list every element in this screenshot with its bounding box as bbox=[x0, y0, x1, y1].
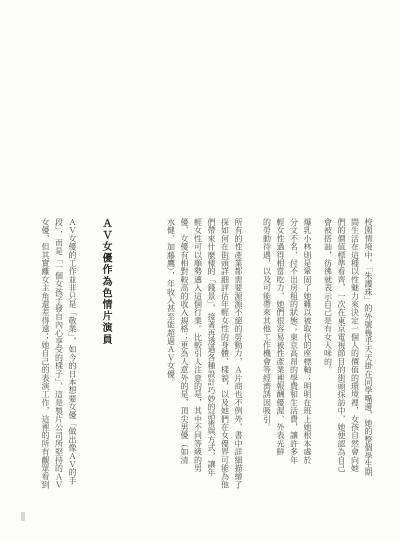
page-number-mark bbox=[21, 512, 25, 521]
text-column: 間生活在這種以性魅力來決定一個人的價值的環境裡，女孩自然會向她 bbox=[348, 218, 362, 494]
text-column: 們帶來什麼樣的「錢景」，接著再透過各種設計巧妙的話術與方式，讓年 bbox=[205, 218, 219, 494]
text-column: 分文不名、付不出房租的狀態；東京高昂的學費和生活費，讓許多年 bbox=[287, 218, 301, 494]
vertical-text-block: 校園情境中，「朱護珠」的外號幾乎天天掛在同學嘴邊，她的整個學生期 間生活在這種以… bbox=[39, 218, 376, 494]
text-column: 段」，而是「一個女孩子發自內心享受的樣子」，這是製片公司所堅持的ＡＶ bbox=[52, 218, 66, 494]
text-column: 們的價值標準看齊，一次在東京電視節目的街頭採訪中，她便認為自己 bbox=[335, 218, 349, 494]
text-column: 爆乳小林則是鞏固了她難以被取代的座標軸；明明在班上她根本處於 bbox=[301, 218, 315, 494]
text-column: 女優，但其實離女主角還差得遠；她自己的表演工作，這裡的所有觀眾看到的 bbox=[39, 218, 53, 494]
text-column: 的勞動待遇，以及可能帶來其他工作機會等經濟誘因吸引。 bbox=[260, 218, 274, 494]
text-column: 所有的性產業都需要源源不絕的勞動力，Ａ片商也不例外，書中詳細描繪了星 bbox=[232, 218, 246, 494]
text-column: 水健、加藤鷹），年收入甚至能超過ＡＶ女優。 bbox=[164, 218, 178, 494]
text-column: 輕女性過得相當吃力，她們很容易被性產業裡報酬優渥、外表光鮮 bbox=[274, 218, 288, 494]
text-column: ＡＶ女優的工作並非只是「敬業」，如今的日本想要女優「做出像ＡＶ的手 bbox=[66, 218, 80, 494]
text-column: 會被搭訕，彷彿就表示自己是有女人味的。 bbox=[321, 218, 335, 494]
text-column: 探如何在街頭詳細評估年輕女性的身體、樣貌，以及她們在女優界可能為他 bbox=[218, 218, 232, 494]
section-heading: ＡＶ女優作為色情片演員 bbox=[97, 218, 114, 494]
book-page: 校園情境中，「朱護珠」的外號幾乎天天掛在同學嘴邊，她的整個學生期 間生活在這種以… bbox=[0, 0, 400, 541]
text-column: 校園情境中，「朱護珠」的外號幾乎天天掛在同學嘴邊，她的整個學生期 bbox=[362, 218, 376, 494]
text-column: 輕女性可以順勢邁入這個行業。比較引人注意的是，其中不同等級的男 bbox=[191, 218, 205, 494]
text-column: 優、女優有相對較高的收入規格；更為人意外的是，頂尖男優（如清 bbox=[178, 218, 192, 494]
